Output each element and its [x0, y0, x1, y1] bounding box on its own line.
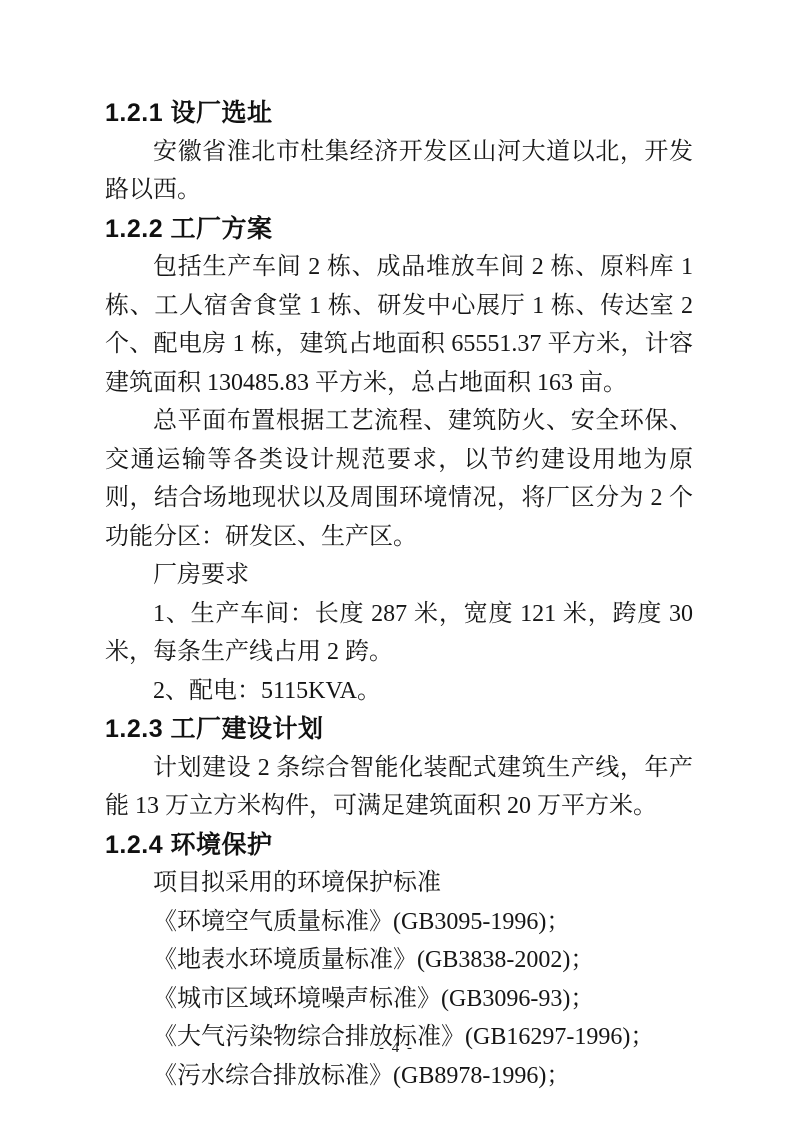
section-heading: 1.2.4 环境保护	[105, 826, 693, 865]
document-body: 1.2.1 设厂选址安徽省淮北市杜集经济开发区山河大道以北，开发路以西。1.2.…	[105, 94, 693, 1095]
paragraph: 安徽省淮北市杜集经济开发区山河大道以北，开发路以西。	[105, 133, 693, 210]
paragraph: 厂房要求	[105, 556, 693, 595]
paragraph: 计划建设 2 条综合智能化装配式建筑生产线，年产能 13 万立方米构件，可满足建…	[105, 749, 693, 826]
paragraph: 《城市区域环境噪声标准》(GB3096-93)；	[105, 980, 693, 1019]
paragraph: 项目拟采用的环境保护标准	[105, 864, 693, 903]
paragraph: 《地表水环境质量标准》(GB3838-2002)；	[105, 941, 693, 980]
section-heading: 1.2.1 设厂选址	[105, 94, 693, 133]
paragraph: 1、生产车间：长度 287 米，宽度 121 米，跨度 30 米，每条生产线占用…	[105, 595, 693, 672]
paragraph: 总平面布置根据工艺流程、建筑防火、安全环保、交通运输等各类设计规范要求，以节约建…	[105, 402, 693, 556]
paragraph: 包括生产车间 2 栋、成品堆放车间 2 栋、原料库 1 栋、工人宿舍食堂 1 栋…	[105, 248, 693, 402]
paragraph: 《环境空气质量标准》(GB3095-1996)；	[105, 903, 693, 942]
section-heading: 1.2.3 工厂建设计划	[105, 710, 693, 749]
page-number: - 4 -	[0, 1040, 793, 1057]
paragraph: 2、配电：5115KVA。	[105, 672, 693, 711]
paragraph: 《污水综合排放标准》(GB8978-1996)；	[105, 1057, 693, 1096]
document-page: 1.2.1 设厂选址安徽省淮北市杜集经济开发区山河大道以北，开发路以西。1.2.…	[0, 0, 793, 1122]
section-heading: 1.2.2 工厂方案	[105, 210, 693, 249]
